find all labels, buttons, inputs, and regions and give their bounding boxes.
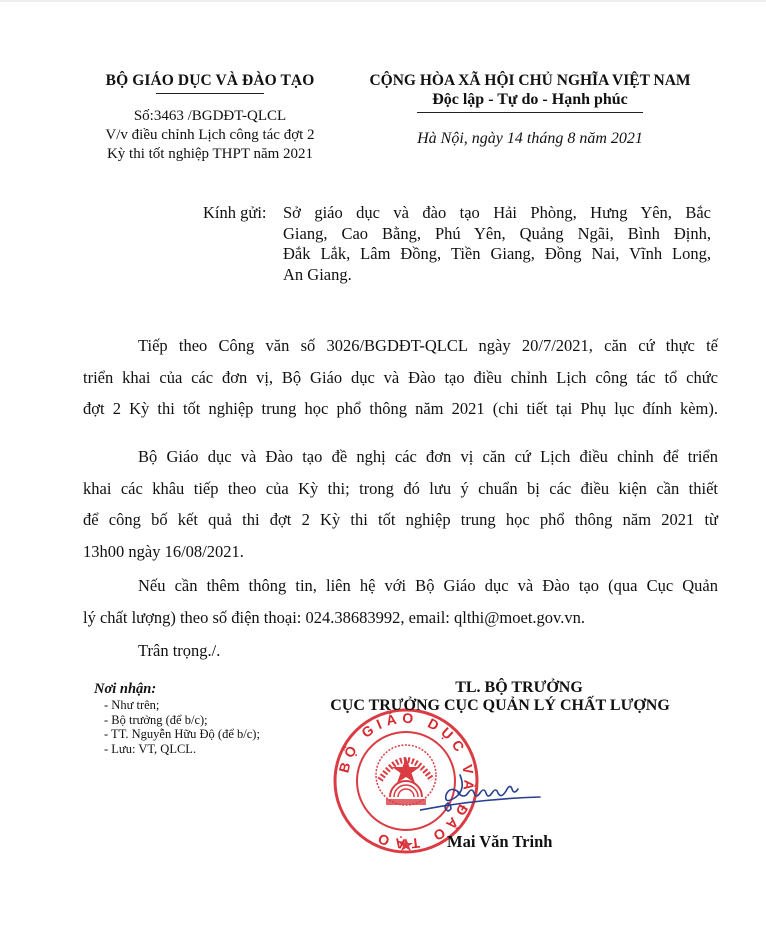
receivers-title: Nơi nhận: (94, 681, 260, 698)
receivers-block: Nơi nhận: - Như trên; - Bộ trưởng (để b/… (94, 681, 260, 756)
recipient-line: Giang, Cao Bằng, Phú Yên, Quảng Ngãi, Bì… (283, 224, 711, 245)
signature-block: TL. BỘ TRƯỞNG CỤC TRƯỞNG CỤC QUẢN LÝ CHẤ… (300, 679, 700, 715)
text-line: Nếu cần thêm thông tin, liên hệ với Bộ G… (83, 570, 718, 602)
issuer-block: BỘ GIÁO DỤC VÀ ĐÀO TẠO Số:3463 /BGDĐT-QL… (80, 72, 340, 164)
text-line: để công bố kết quả thi đợt 2 Kỳ thi tốt … (83, 504, 718, 536)
receiver-item: - Như trên; (94, 698, 260, 713)
receiver-item: - Bộ trưởng (để b/c); (94, 713, 260, 728)
ministry-underline (156, 93, 264, 94)
text-line: Tiếp theo Công văn số 3026/BGDĐT-QLCL ng… (83, 330, 718, 362)
handwritten-signature-icon (420, 773, 600, 833)
recipient-line: An Giang. (283, 265, 711, 286)
text-line: triển khai của các đơn vị, Bộ Giáo dục v… (83, 362, 718, 394)
nation-title: CỘNG HÒA XÃ HỘI CHỦ NGHĨA VIỆT NAM (340, 72, 720, 90)
recipient-line: Sở giáo dục và đào tạo Hải Phòng, Hưng Y… (283, 203, 711, 224)
signature-authority: TL. BỘ TRƯỞNG (300, 679, 700, 697)
receiver-item: - TT. Nguyễn Hữu Độ (để b/c); (94, 727, 260, 742)
national-header: CỘNG HÒA XÃ HỘI CHỦ NGHĨA VIỆT NAM Độc l… (340, 72, 720, 148)
receiver-item: - Lưu: VT, QLCL. (94, 742, 260, 757)
paragraph-2: Bộ Giáo dục và Đào tạo đề nghị các đơn v… (83, 441, 718, 567)
paragraph-3: Nếu cần thêm thông tin, liên hệ với Bộ G… (83, 570, 718, 633)
recipient-line: Đắk Lắk, Lâm Đồng, Tiền Giang, Đồng Nai,… (283, 244, 711, 265)
motto-underline (417, 112, 643, 113)
national-motto: Độc lập - Tự do - Hạnh phúc (340, 91, 720, 109)
subject-line-2: Kỳ thi tốt nghiệp THPT năm 2021 (80, 145, 340, 164)
paragraph-1: Tiếp theo Công văn số 3026/BGDĐT-QLCL ng… (83, 330, 718, 425)
text-line: đợt 2 Kỳ thi tốt nghiệp trung học phổ th… (83, 393, 718, 425)
closing-text: Trân trọng./. (138, 641, 220, 661)
signature-title: CỤC TRƯỞNG CỤC QUẢN LÝ CHẤT LƯỢNG (300, 697, 700, 715)
document-number: Số:3463 /BGDĐT-QLCL (80, 107, 340, 126)
subject-line-1: V/v điều chỉnh Lịch công tác đợt 2 (80, 126, 340, 145)
text-line: lý chất lượng) theo số điện thoại: 024.3… (83, 602, 718, 634)
text-line: 13h00 ngày 16/08/2021. (83, 536, 718, 568)
top-strip (0, 0, 766, 2)
signer-name: Mai Văn Trinh (447, 832, 552, 852)
recipient-label: Kính gửi: (203, 203, 267, 224)
document-info: Số:3463 /BGDĐT-QLCL V/v điều chỉnh Lịch … (80, 107, 340, 164)
ministry-name: BỘ GIÁO DỤC VÀ ĐÀO TẠO (80, 72, 340, 90)
place-date: Hà Nội, ngày 14 tháng 8 năm 2021 (340, 130, 720, 148)
text-line: khai các khâu tiếp theo của Kỳ thi; tron… (83, 473, 718, 505)
recipient-list: Sở giáo dục và đào tạo Hải Phòng, Hưng Y… (283, 203, 711, 285)
text-line: Bộ Giáo dục và Đào tạo đề nghị các đơn v… (83, 441, 718, 473)
